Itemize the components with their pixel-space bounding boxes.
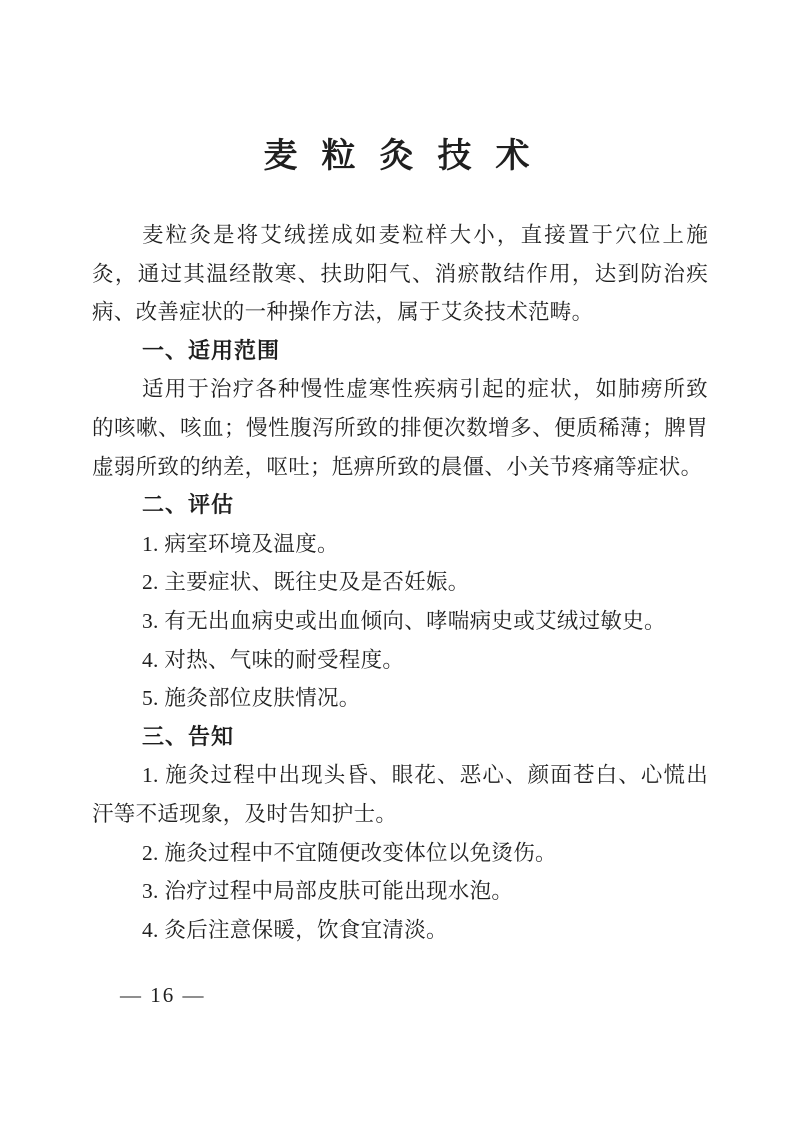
section-heading-assessment: 二、评估 [92,486,708,525]
assessment-item: 3. 有无出血病史或出血倾向、哮喘病史或艾绒过敏史。 [92,602,708,641]
section-heading-inform: 三、告知 [92,718,708,757]
document-page: 麦粒灸技术 麦粒灸是将艾绒搓成如麦粒样大小，直接置于穴位上施灸，通过其温经散寒、… [0,0,793,1122]
assessment-item: 4. 对热、气味的耐受程度。 [92,641,708,680]
scope-paragraph: 适用于治疗各种慢性虚寒性疾病引起的症状，如肺痨所致的咳嗽、咳血；慢性腹泻所致的排… [92,370,708,486]
inform-item: 4. 灸后注意保暖，饮食宜清淡。 [92,911,708,950]
section-heading-scope: 一、适用范围 [92,332,708,371]
intro-paragraph: 麦粒灸是将艾绒搓成如麦粒样大小，直接置于穴位上施灸，通过其温经散寒、扶助阳气、消… [92,216,708,332]
inform-item: 2. 施灸过程中不宜随便改变体位以免烫伤。 [92,834,708,873]
assessment-item: 1. 病室环境及温度。 [92,525,708,564]
page-title: 麦粒灸技术 [0,0,793,176]
inform-item: 1. 施灸过程中出现头昏、眼花、恶心、颜面苍白、心慌出汗等不适现象，及时告知护士… [92,756,708,833]
document-body: 麦粒灸是将艾绒搓成如麦粒样大小，直接置于穴位上施灸，通过其温经散寒、扶助阳气、消… [92,216,708,949]
page-number: — 16 — [120,981,206,1009]
assessment-item: 2. 主要症状、既往史及是否妊娠。 [92,563,708,602]
inform-item: 3. 治疗过程中局部皮肤可能出现水泡。 [92,872,708,911]
assessment-item: 5. 施灸部位皮肤情况。 [92,679,708,718]
